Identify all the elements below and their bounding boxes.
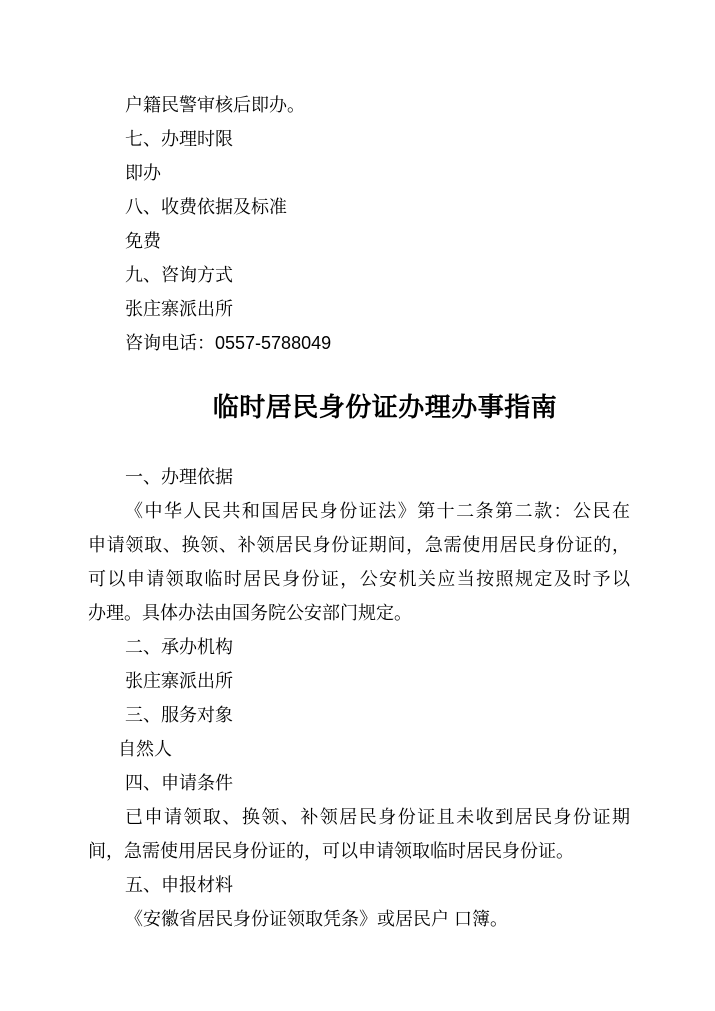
item-fee: 免费 <box>88 224 630 258</box>
page-title: 临时居民身份证办理办事指南 <box>140 385 630 429</box>
heading-consultation-method: 九、咨询方式 <box>88 258 630 292</box>
heading-handling-agency: 二、承办机构 <box>88 630 630 664</box>
legal-basis-line-4: 办理。具体办法由国务院公安部门规定。 <box>88 596 630 630</box>
item-consultation-phone: 咨询电话：0557-5788049 <box>88 326 630 360</box>
heading-application-conditions: 四、申请条件 <box>88 766 630 800</box>
item-application-materials: 《安徽省居民身份证领取凭条》或居民户 口簿。 <box>88 902 630 936</box>
heading-application-materials: 五、申报材料 <box>88 868 630 902</box>
heading-processing-time-limit: 七、办理时限 <box>88 122 630 156</box>
review-note-line: 户籍民警审核后即办。 <box>88 88 630 122</box>
document-page: 户籍民警审核后即办。 七、办理时限 即办 八、收费依据及标准 免费 九、咨询方式… <box>0 0 715 1011</box>
item-service-target: 自然人 <box>88 732 630 766</box>
legal-basis-line-2: 申请领取、换领、补领居民身份证期间，急需使用居民身份证的， <box>88 528 630 562</box>
heading-fee-basis: 八、收费依据及标准 <box>88 190 630 224</box>
legal-basis-line-3: 可以申请领取临时居民身份证，公安机关应当按照规定及时予以 <box>88 562 630 596</box>
heading-service-target: 三、服务对象 <box>88 698 630 732</box>
application-condition-line-2: 间，急需使用居民身份证的，可以申请领取临时居民身份证。 <box>88 834 630 868</box>
application-condition-line-1: 已申请领取、换领、补领居民身份证且未收到居民身份证期 <box>88 800 630 834</box>
item-processing-time: 即办 <box>88 156 630 190</box>
heading-legal-basis: 一、办理依据 <box>88 460 630 494</box>
item-handling-agency: 张庄寨派出所 <box>88 664 630 698</box>
legal-basis-line-1: 《中华人民共和国居民身份证法》第十二条第二款：公民在 <box>88 494 630 528</box>
item-consultation-office: 张庄寨派出所 <box>88 292 630 326</box>
